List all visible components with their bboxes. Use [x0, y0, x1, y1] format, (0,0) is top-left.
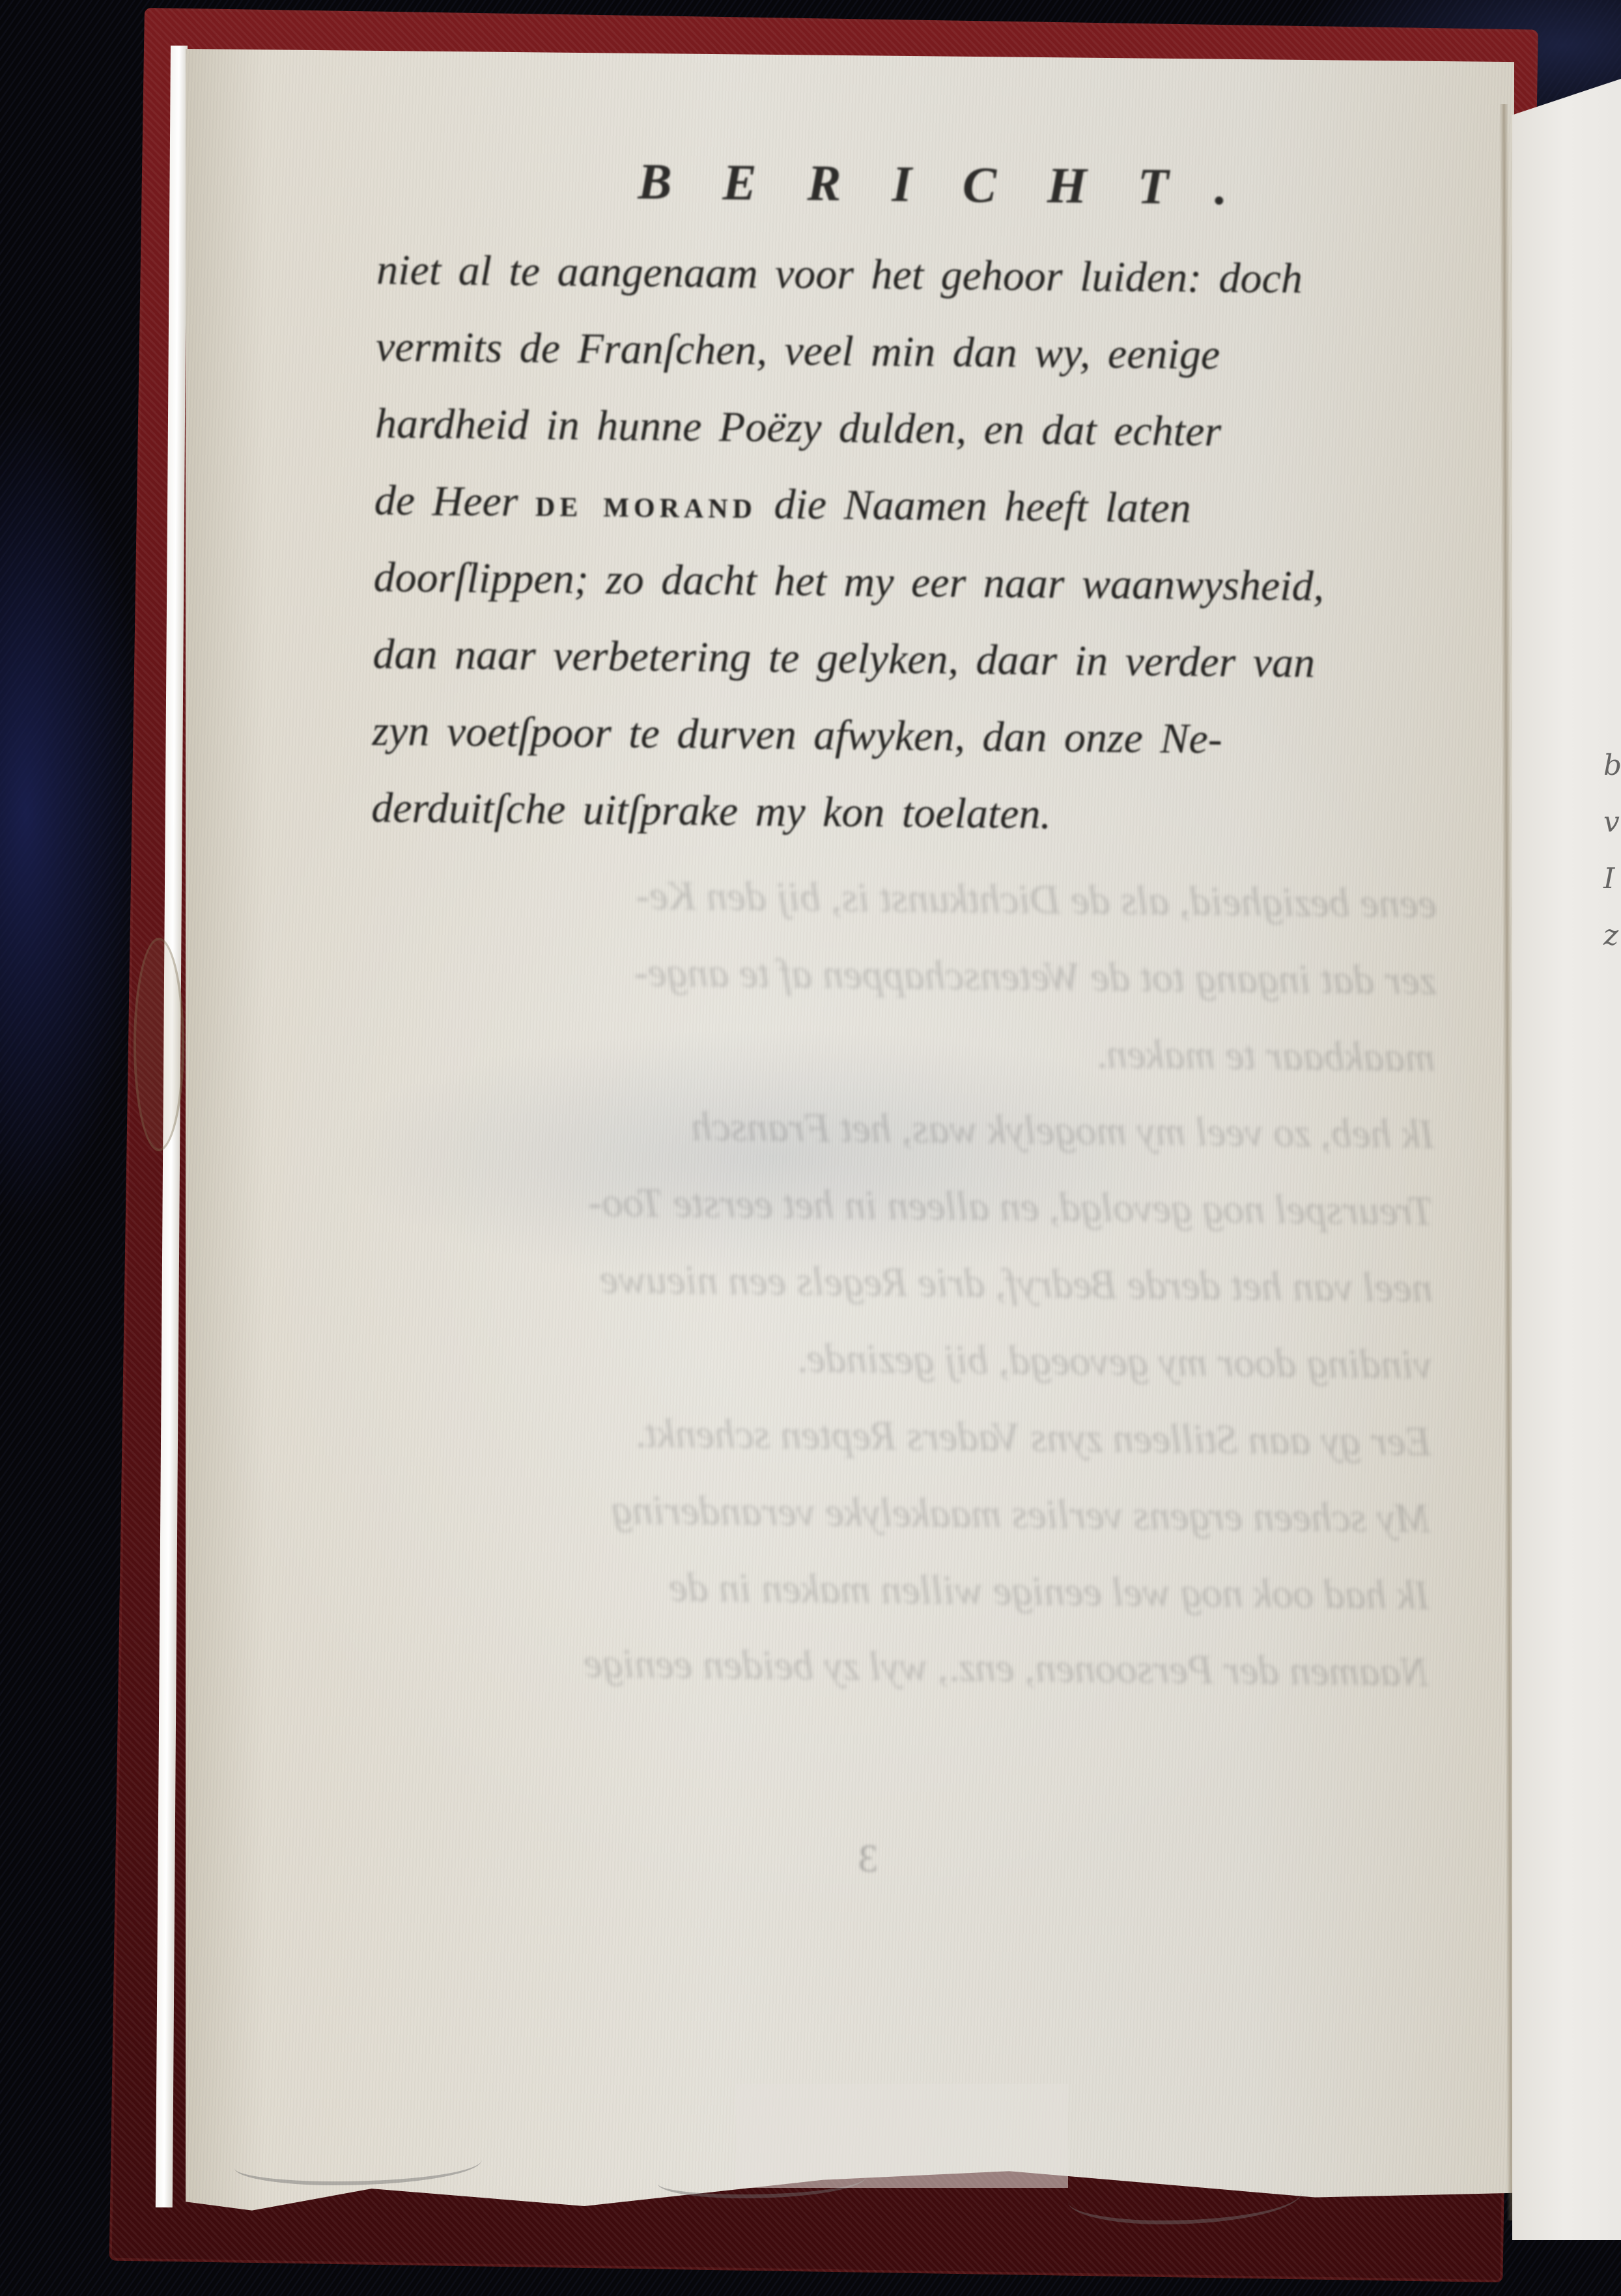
bleed-line: zer dat ingang tot de Wetenschappen af t… [341, 931, 1436, 1019]
running-heading: BERICHT. [638, 152, 1224, 217]
recto-fragment: b [1603, 749, 1621, 782]
recto-fragment: z [1603, 919, 1621, 952]
text-line: dan naar verbetering te gelyken, daar in… [373, 616, 1415, 703]
recto-fragment: I [1603, 862, 1621, 895]
paper-patch [736, 2084, 1068, 2188]
bleed-line: eene bezigheid, als de Dichtkunst is, bi… [343, 854, 1437, 942]
text-line: de Heer de morand die Naamen heeft laten [374, 462, 1417, 549]
bleed-line: neel van het derde Bedryf, drie Regels e… [338, 1238, 1433, 1326]
bleed-line: Eer gy aan Stilleen zyns Vaders Repten s… [337, 1392, 1431, 1480]
bleed-line: Ik heb, zo veel my mogelyk was, het Fran… [340, 1084, 1435, 1173]
bleed-line: maakbaar te maken. [341, 1007, 1435, 1096]
text-line: hardheid in hunne Poëzy dulden, en dat e… [374, 385, 1417, 472]
printed-text-block: BERICHT. niet al te aangenaam voor het g… [371, 150, 1420, 856]
bleed-through-text: eene bezigheid, als de Dichtkunst is, bi… [334, 854, 1437, 1711]
water-stain [134, 938, 184, 1151]
text-line: vermits de Franſchen, veel min dan wy, e… [376, 309, 1418, 395]
text-segment: de Heer [374, 477, 535, 525]
text-line: derduitſche uitſprake my kon toelaten. [371, 770, 1414, 856]
bleed-line: vinding door my gevoegd, bij gezinde. [337, 1315, 1432, 1403]
bleed-line: Naamen der Persoonen, enz., wyl zy beide… [334, 1622, 1429, 1711]
text-line: doorſlippen; zo dacht het my eer naar wa… [373, 539, 1416, 626]
bleed-page-number: 3 [858, 1836, 878, 1881]
bleed-line: Treurspel nog gevolgd, en alleen in het … [339, 1161, 1434, 1250]
bleed-line: Ik had ook nog wel eenige willen maken i… [335, 1545, 1430, 1634]
bleed-line: My scheen ergens verlies maakelyke veran… [336, 1468, 1431, 1557]
book-page-recto-edge [1512, 72, 1621, 2240]
recto-text-fragments: b v I z [1603, 749, 1621, 952]
text-line: zyn voetſpoor te durven afwyken, dan onz… [372, 693, 1415, 779]
text-segment: die Naamen heeft laten [757, 481, 1192, 532]
text-line: niet al te aangenaam voor het gehoor lui… [376, 232, 1419, 318]
name-smallcaps: de morand [535, 481, 757, 526]
recto-fragment: v [1603, 805, 1621, 839]
